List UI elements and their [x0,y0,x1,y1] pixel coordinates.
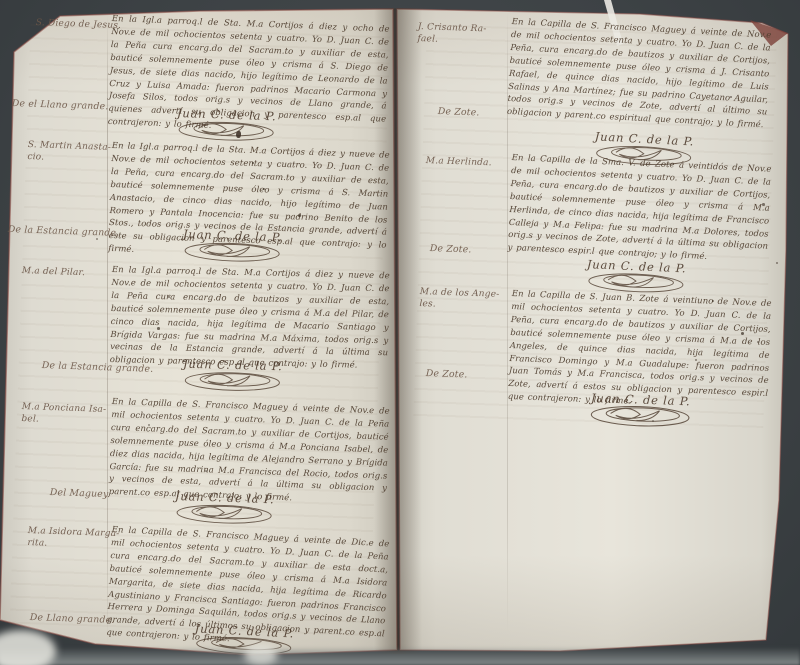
margin-child-name: M.a Isidora Marga- rita. [27,526,119,552]
ink-speck [96,238,98,240]
ink-speck [712,300,714,302]
page-corner-highlight [244,645,278,665]
ink-blot [236,131,241,138]
ink-speck [148,424,150,426]
ink-speck [157,327,160,330]
margin-origin: De Zote. [430,243,472,256]
margin-child-name: M.a Ponciana Isa- bel. [21,402,106,428]
signature-block: Juan C. de la P. [565,390,716,435]
ink-speck [730,96,732,98]
ink-speck [757,341,759,343]
ink-speck [183,360,185,362]
ink-speck [652,420,654,422]
signature-block: Juan C. de la P. [157,226,308,271]
baptism-entry: En la Capilla de la Sma. V. de Zote á ve… [507,152,771,267]
manuscript-photo: S. Diego de Jesus. De el Llano grande. E… [0,0,800,665]
baptism-entry: En la Capilla de S. Francisco Maguey á v… [507,16,772,133]
margin-origin: De Zote. [438,106,480,119]
ink-speck [205,470,207,472]
signature-block: Juan C. de la P. [157,356,308,400]
margin-child-name: M.a de los Ange- les. [419,287,499,313]
ink-speck [252,162,254,164]
ink-speck [168,296,170,298]
ink-speck [776,262,778,264]
baptism-entry: En la Igl.a parroq.l de Sta. M.a Cortijo… [110,264,390,374]
margin-child-name: M.a Herlinda. [426,156,492,170]
margin-origin: De Zote. [426,368,468,381]
ink-speck [298,214,301,217]
ink-speck [695,359,697,361]
ink-speck [741,332,744,335]
ink-speck [263,188,265,190]
margin-child-name: M.a del Pilar. [22,266,86,280]
margin-child-name: S. Martin Anasta- cio. [27,140,111,166]
table-edge [0,647,800,665]
margin-child-name: J. Crisanto Ra- fael. [417,22,487,47]
margin-origin: Del Maguey. [50,487,111,501]
ink-speck [762,203,765,206]
